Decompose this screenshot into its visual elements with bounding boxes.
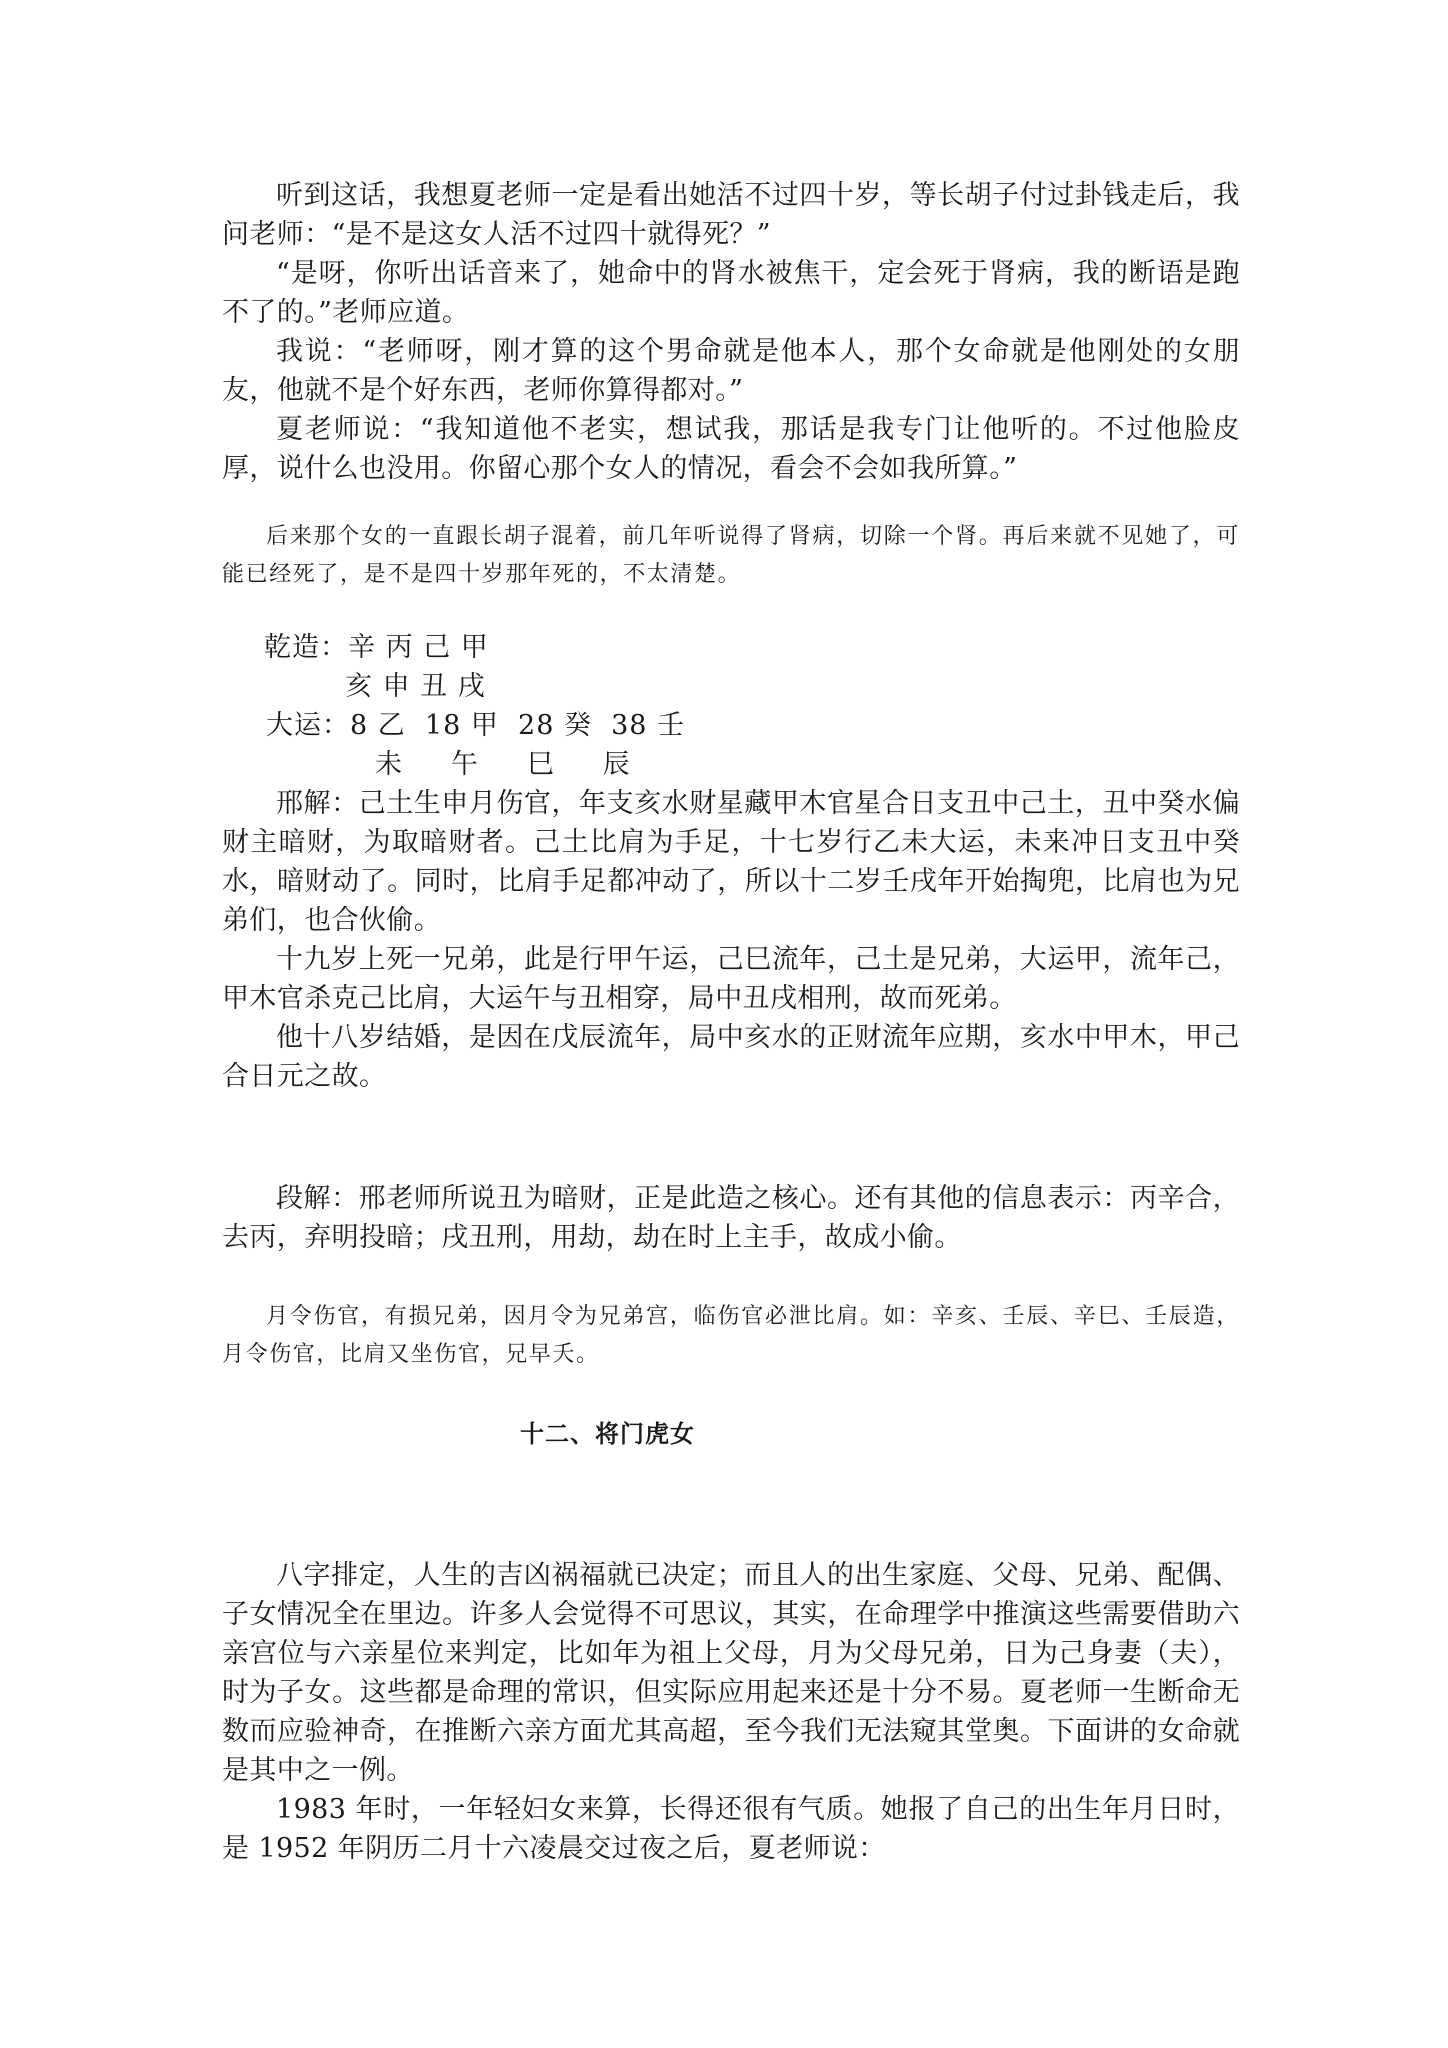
paragraph: “是呀，你听出话音来了，她命中的肾水被焦干，定会死于肾病，我的断语是跑不了的。”… [222,254,1240,332]
chapter-heading: 十二、将门虎女 [520,1414,695,1449]
paragraph: 1983 年时，一年轻妇女来算，长得还很有气质。她报了自己的出生年月日时，是 1… [222,1790,1240,1868]
paragraph: 夏老师说：“我知道他不老实，想试我，那话是我专门让他听的。不过他脸皮厚，说什么也… [222,410,1240,488]
commentary-section: 段解：邢老师所说丑为暗财，正是此造之核心。还有其他的信息表示：丙辛合，去丙，弃明… [222,1179,1240,1257]
chart-row-stems: 乾造：辛 丙 己 甲 [264,628,489,667]
dayun-stems: 8 乙 18 甲 28 癸 38 壬 [350,710,685,741]
paragraph: 十九岁上死一兄弟，此是行甲午运，己巳流年，己土是兄弟，大运甲，流年己，甲木官杀克… [222,940,1240,1018]
paragraph: 八字排定，人生的吉凶祸福就已决定；而且人的出生家庭、父母、兄弟、配偶、子女情况全… [222,1556,1240,1790]
paragraph: 后来那个女的一直跟长胡子混着，前几年听说得了肾病，切除一个肾。再后来就不见她了，… [222,518,1240,594]
dayun-label: 大运： [266,710,350,741]
paragraph: 月令伤官，有损兄弟，因月令为兄弟宫，临伤官必泄比肩。如：辛亥、壬辰、辛巳、壬辰造… [222,1298,1240,1374]
paragraph: 听到这话，我想夏老师一定是看出她活不过四十岁，等长胡子付过卦钱走后，我问老师：“… [222,176,1240,254]
chart-row-dayun: 大运：8 乙 18 甲 28 癸 38 壬 [266,706,685,745]
dialogue-section: 听到这话，我想夏老师一定是看出她活不过四十岁，等长胡子付过卦钱走后，我问老师：“… [222,176,1240,488]
paragraph: 段解：邢老师所说丑为暗财，正是此造之核心。还有其他的信息表示：丙辛合，去丙，弃明… [222,1179,1240,1257]
document-page: 听到这话，我想夏老师一定是看出她活不过四十岁，等长胡子付过卦钱走后，我问老师：“… [0,0,1448,2048]
note-paragraph-2: 月令伤官，有损兄弟，因月令为兄弟宫，临伤官必泄比肩。如：辛亥、壬辰、辛巳、壬辰造… [222,1298,1240,1374]
chapter-body: 八字排定，人生的吉凶祸福就已决定；而且人的出生家庭、父母、兄弟、配偶、子女情况全… [222,1556,1240,1868]
chart-row-branches: 亥 申 丑 戌 [345,667,486,706]
stems: 辛 丙 己 甲 [348,632,489,663]
note-paragraph-1: 后来那个女的一直跟长胡子混着，前几年听说得了肾病，切除一个肾。再后来就不见她了，… [222,518,1240,594]
paragraph: 邢解：己土生申月伤官，年支亥水财星藏甲木官星合日支丑中己土，丑中癸水偏财主暗财，… [222,784,1240,940]
chart-row-dayun-branches: 未 午 巳 辰 [375,745,631,784]
qianzao-label: 乾造： [264,632,348,663]
analysis-section: 邢解：己土生申月伤官，年支亥水财星藏甲木官星合日支丑中己土，丑中癸水偏财主暗财，… [222,784,1240,1096]
paragraph: 他十八岁结婚，是因在戊辰流年，局中亥水的正财流年应期，亥水中甲木，甲己合日元之故… [222,1018,1240,1096]
paragraph: 我说：“老师呀，刚才算的这个男命就是他本人，那个女命就是他刚处的女朋友，他就不是… [222,332,1240,410]
